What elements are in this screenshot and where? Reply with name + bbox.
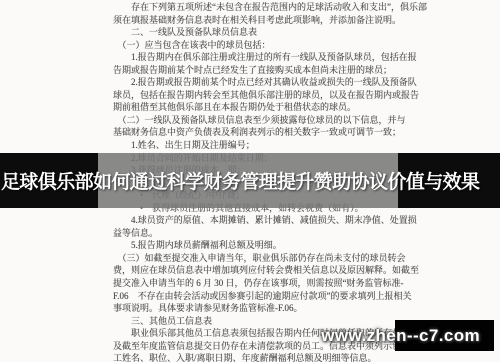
watermark-url: www.zhen--c7.com bbox=[321, 325, 480, 347]
doc-line: 1.姓名、出生日期及注册编号； bbox=[113, 139, 425, 152]
doc-line: 1.报告期内在俱乐部注册或注册过的所有一线队及预备队球员，包括在报 bbox=[113, 51, 425, 64]
doc-line: 工姓名、职位、入职/离职日期、年度薪酬福利总额及明细等信息。 bbox=[113, 352, 425, 362]
doc-line: （三）如截至提交准入申请当年，职业俱乐部仍存在尚未支付的球员转会 bbox=[113, 252, 425, 265]
doc-line: 须在填报基础财务信息表时在相关科目考虑此项影响，并添加备注说明。 bbox=[113, 14, 425, 27]
doc-line: 期前租借至其他俱乐部且在本报告期仍处于租借状态的球员。 bbox=[113, 101, 425, 114]
doc-line: 提交准入申请当年的 6 月 30 日，仍存在该事项，则需按照“财务监管标准- bbox=[113, 277, 425, 290]
doc-line: 4.球员资产的原值、本期摊销、累计摊销、减值损失、期末净值、处置损 bbox=[113, 214, 425, 227]
doc-line: F.06 不存在由转会活动或因参赛引起的逾期应付款项”的要求填列上报相关 bbox=[113, 290, 425, 303]
doc-line: 事项说明。具体要求请参见财务监管标准-F.06。 bbox=[113, 302, 425, 315]
doc-line: 基础财务信息中资产负债表及利润表列示的相关数字一致或可调节一致； bbox=[113, 126, 425, 139]
doc-line: 5.报告期内球员薪酬福利总额及明细。 bbox=[113, 239, 425, 252]
doc-line: （二）一线队及预备队球员信息表至少须披露每位球员的以下信息，并与 bbox=[113, 114, 425, 127]
doc-line: 球员，包括在报告期内转会至其他俱乐部注册的球员，以及在报告期内或报告 bbox=[113, 89, 425, 102]
doc-line-section-heading: 二、一线队及预备队球员信息表 bbox=[113, 26, 425, 39]
doc-line: 益等信息。 bbox=[113, 227, 425, 240]
doc-line: 费，则应在球员信息表中增加填列应付转会费相关信息以及原因解释。如截至 bbox=[113, 264, 425, 277]
article-headline: 足球俱乐部如何通过科学财务管理提升赞助协议价值与效果 bbox=[1, 169, 500, 197]
doc-line: 2.报告期或报告期前某个时点已经对其确认收益或损失的一线队及预备队 bbox=[113, 76, 425, 89]
doc-line: 告期或报告期前某个时点已经发生了直接购买成本但尚未注册的球员； bbox=[113, 64, 425, 77]
doc-line: （一）应当包含在该表中的球员包括： bbox=[113, 39, 425, 52]
scanned-document-page: 存在下列第五项所述“未包含在报告范围内的足球活动收入和支出”，俱乐部 须在填报基… bbox=[0, 0, 500, 362]
doc-line: 存在下列第五项所述“未包含在报告范围内的足球活动收入和支出”，俱乐部 bbox=[113, 1, 425, 14]
